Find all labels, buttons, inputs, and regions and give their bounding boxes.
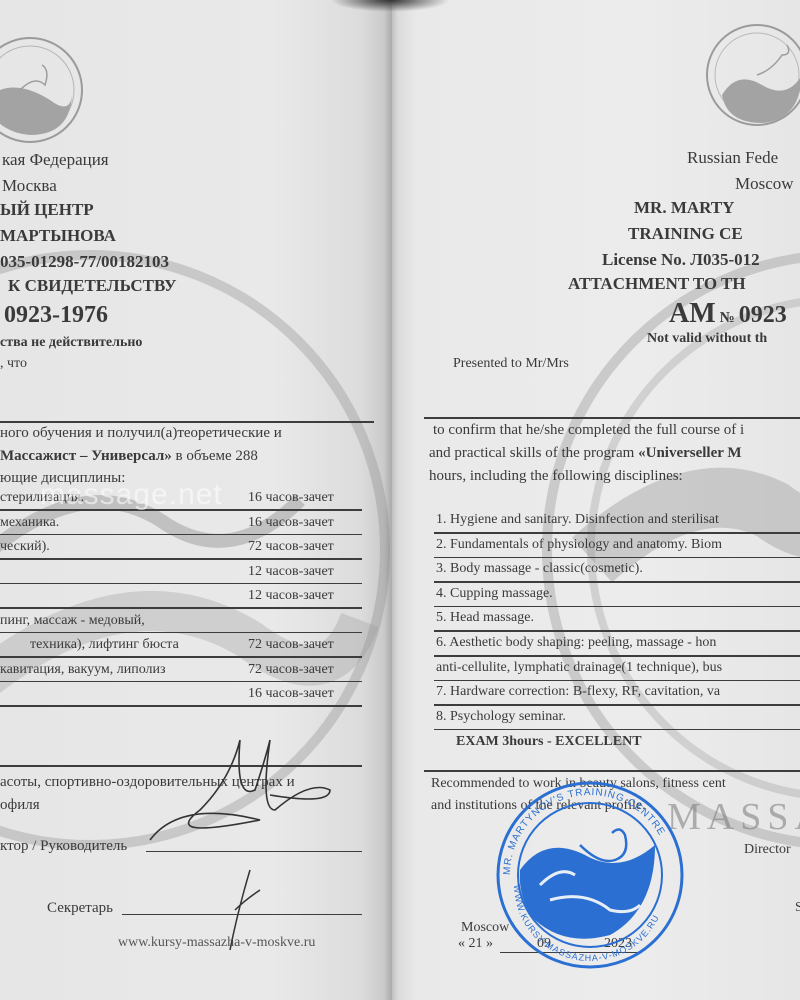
row-divider [0, 705, 362, 707]
discipline-row-text: 8. Psychology seminar. [436, 709, 566, 725]
org-name-line2: TRAINING CE [628, 224, 743, 244]
discipline-row-text: пинг, массаж - медовый, [0, 613, 145, 629]
discipline-row-text: 1. Hygiene and sanitary. Disinfection an… [436, 512, 719, 528]
cert-number: 0923 [739, 302, 787, 328]
discipline-row-text: 4. Cupping massage. [436, 586, 553, 602]
body-line-3: hours, including the following disciplin… [429, 468, 683, 485]
row-divider [434, 581, 800, 583]
body-line-1: ного обучения и получил(а)теоретические … [0, 425, 282, 442]
discipline-row-text: техника), лифтинг бюста [30, 637, 179, 653]
discipline-row-text: 7. Hardware correction: B-flexy, RF, cav… [436, 684, 720, 700]
org-name-line1: MR. MARTY [634, 198, 734, 218]
discipline-row-text: 6. Aesthetic body shaping: peeling, mass… [436, 635, 716, 651]
program-name: Массажист – Универсал» [0, 448, 172, 464]
row-divider [0, 534, 362, 536]
org-name-line2: МАРТЫНОВА [0, 226, 116, 246]
divider [424, 417, 800, 419]
left-page-russian: кая Федерация Москва ЫЙ ЦЕНТР МАРТЫНОВА … [0, 0, 392, 1000]
watermark: massage.net [40, 478, 223, 512]
date-day: « 21 » [458, 936, 493, 952]
attachment-title: К СВИДЕТЕЛЬСТВУ [8, 276, 176, 296]
discipline-hours: 16 часов-зачет [248, 686, 334, 702]
discipline-hours: 16 часов-зачет [248, 515, 334, 531]
discipline-hours: 12 часов-зачет [248, 564, 334, 580]
validity-note: Not valid without th [647, 331, 767, 347]
secretary-initial: S [795, 900, 800, 916]
book-gutter [384, 0, 398, 1000]
country-label: Russian Fede [687, 148, 778, 168]
org-name-line1: ЫЙ ЦЕНТР [0, 200, 94, 220]
discipline-row-text: кавитация, вакуум, липолиз [0, 662, 166, 678]
recommend-line-2: офиля [0, 797, 40, 814]
row-divider [434, 729, 800, 731]
discipline-row-text: anti-cellulite, lymphatic drainage(1 tec… [436, 660, 722, 676]
body-line-2: Массажист – Универсал» в объеме 288 [0, 448, 258, 465]
license-number: 035-01298-77/00182103 [0, 252, 169, 272]
secretary-signature [210, 870, 270, 960]
row-divider [0, 656, 362, 658]
body-line-2: and practical skills of the program «Uni… [429, 445, 742, 462]
discipline-row-text: 5. Head massage. [436, 610, 534, 626]
discipline-row-text: ческий). [0, 539, 50, 555]
row-divider [0, 632, 362, 634]
discipline-row-text: 2. Fundamentals of physiology and anatom… [436, 537, 722, 553]
program-name: «Universeller M [638, 445, 741, 461]
number-sign: № [720, 310, 735, 326]
country-label: кая Федерация [2, 150, 109, 170]
row-divider [434, 630, 800, 632]
director-signature-line [146, 851, 362, 852]
discipline-hours: 72 часов-зачет [248, 637, 334, 653]
director-label: ктор / Руководитель [0, 838, 127, 855]
validity-note: ства не действительно [0, 335, 142, 351]
attachment-title: ATTACHMENT TO TH [568, 274, 746, 294]
presented-to-label: Presented to Mr/Mrs [453, 356, 569, 372]
row-divider [0, 607, 362, 609]
discipline-hours: 72 часов-зачет [248, 539, 334, 555]
body-line-2-start: and practical skills of the program [429, 445, 638, 461]
divider [424, 770, 800, 772]
row-divider [434, 704, 800, 706]
secretary-label: Секретарь [47, 900, 113, 917]
body-line-1: to confirm that he/she completed the ful… [433, 422, 744, 439]
blue-stamp-seal: MR. MARTYNOV'S TRAINING CENTRE WWW.KURSY… [490, 775, 690, 975]
exam-result: EXAM 3hours - EXCELLENT [456, 734, 642, 750]
discipline-hours: 16 часов-зачет [248, 490, 334, 506]
row-divider [434, 557, 800, 559]
row-divider [434, 680, 800, 682]
row-divider [434, 606, 800, 608]
right-page-english: MASSAZ Russian Fede Moscow MR. MARTY TRA… [392, 0, 800, 1000]
director-label: Director [744, 842, 791, 858]
cert-prefix: AM [669, 298, 716, 329]
row-divider [434, 655, 800, 657]
top-shadow [330, 0, 450, 12]
row-divider [0, 681, 362, 683]
city-label: Moscow [735, 174, 794, 194]
discipline-hours: 12 часов-зачет [248, 588, 334, 604]
row-divider [0, 583, 362, 585]
center-logo-icon [702, 15, 800, 155]
program-hours: в объеме 288 [172, 448, 258, 464]
city-label: Москва [2, 176, 57, 196]
director-signature [140, 720, 340, 850]
divider [0, 421, 374, 423]
certificate-number: AM № 0923 [669, 298, 787, 330]
discipline-row-text: 3. Body massage - classic(cosmetic). [436, 561, 643, 577]
intro-text: , что [0, 356, 27, 372]
discipline-hours: 72 часов-зачет [248, 662, 334, 678]
certificate-number: 0923-1976 [4, 302, 108, 329]
center-logo-icon [0, 20, 90, 170]
license-number: License No. Л035-012 [602, 250, 760, 270]
discipline-row-text: механика. [0, 515, 59, 531]
row-divider [0, 558, 362, 560]
row-divider [434, 532, 800, 534]
